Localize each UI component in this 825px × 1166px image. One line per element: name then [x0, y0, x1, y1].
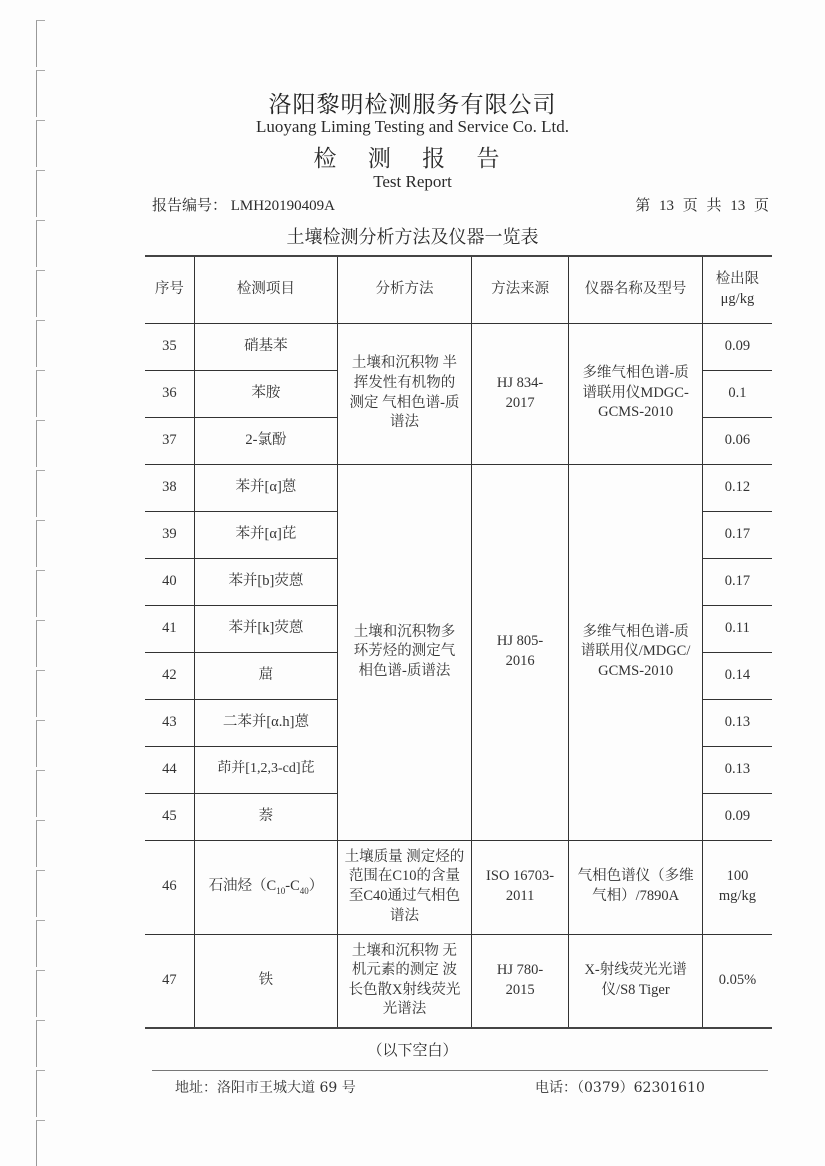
footer-address: 地址：洛阳市王城大道 69 号	[175, 1077, 356, 1097]
table-row: 35 硝基苯 土壤和沉积物 半挥发性有机物的测定 气相色谱-质谱法 HJ 834…	[145, 323, 772, 370]
item-text: 石油烃（C	[209, 878, 277, 894]
cell-item: 苯并[k]荧蒽	[194, 605, 337, 652]
binding-mark	[36, 970, 45, 1017]
cell-item: 苯胺	[194, 370, 337, 417]
cell-no: 39	[145, 511, 194, 558]
binding-mark	[36, 720, 45, 767]
footer-phone: 电话：（0379）62301610	[535, 1077, 705, 1097]
binding-mark	[36, 570, 45, 617]
cell-limit: 0.06	[702, 417, 772, 464]
cell-no: 36	[145, 370, 194, 417]
cell-instrument: 多维气相色谱-质谱联用仪/MDGC/GCMS-2010	[569, 464, 703, 840]
binding-mark	[36, 320, 45, 367]
cell-item: 2-氯酚	[194, 417, 337, 464]
binding-mark	[36, 770, 45, 817]
cell-instrument: X-射线荧光光谱仪/S8 Tiger	[569, 934, 703, 1028]
cell-item: 萘	[194, 793, 337, 840]
footer-divider	[152, 1070, 768, 1071]
binding-mark	[36, 670, 45, 717]
table-row: 47 铁 土壤和沉积物 无机元素的测定 波长色散X射线荧光光谱法 HJ 780-…	[145, 934, 772, 1028]
cell-item: 茚并[1,2,3-cd]芘	[194, 746, 337, 793]
cell-source: HJ 834-2017	[471, 323, 569, 464]
binding-mark	[36, 820, 45, 867]
cell-instrument: 气相色谱仪（多维气相）/7890A	[569, 840, 703, 934]
cell-source: HJ 805-2016	[471, 464, 569, 840]
binding-mark	[36, 1070, 45, 1117]
cell-method: 土壤和沉积物多环芳烃的测定气相色谱-质谱法	[338, 464, 472, 840]
cell-no: 46	[145, 840, 194, 934]
col-header-item: 检测项目	[194, 256, 337, 323]
col-header-limit-label: 检出限	[716, 271, 760, 287]
table-row: 38 苯并[α]蒽 土壤和沉积物多环芳烃的测定气相色谱-质谱法 HJ 805-2…	[145, 464, 772, 511]
col-header-limit: 检出限 μg/kg	[702, 256, 772, 323]
cell-no: 38	[145, 464, 194, 511]
binding-mark	[36, 520, 45, 567]
cell-item: 䓛	[194, 652, 337, 699]
cell-method: 土壤质量 测定烃的范围在C10的含量至C40通过气相色谱法	[338, 840, 472, 934]
binding-mark	[36, 420, 45, 467]
binding-mark	[36, 620, 45, 667]
cell-method: 土壤和沉积物 无机元素的测定 波长色散X射线荧光光谱法	[338, 934, 472, 1028]
item-text: -C	[285, 878, 300, 894]
cell-no: 37	[145, 417, 194, 464]
cell-limit: 0.13	[702, 746, 772, 793]
table-title: 土壤检测分析方法及仪器一览表	[0, 223, 825, 249]
cell-limit: 0.11	[702, 605, 772, 652]
cell-no: 40	[145, 558, 194, 605]
col-header-no: 序号	[145, 256, 194, 323]
report-title-en: Test Report	[0, 172, 825, 192]
cell-no: 47	[145, 934, 194, 1028]
item-subscript: 10	[276, 886, 285, 896]
cell-no: 44	[145, 746, 194, 793]
cell-source: ISO 16703-2011	[471, 840, 569, 934]
cell-limit: 0.1	[702, 370, 772, 417]
item-text: ）	[309, 878, 324, 894]
binding-mark	[36, 870, 45, 917]
cell-item: 石油烃（C10-C40）	[194, 840, 337, 934]
cell-method: 土壤和沉积物 半挥发性有机物的测定 气相色谱-质谱法	[338, 323, 472, 464]
page-info: 第 13 页 共 13 页	[635, 194, 769, 215]
col-header-method: 分析方法	[338, 256, 472, 323]
cell-item: 铁	[194, 934, 337, 1028]
cell-no: 45	[145, 793, 194, 840]
report-number-value: LMH20190409A	[231, 198, 335, 214]
cell-no: 35	[145, 323, 194, 370]
cell-no: 43	[145, 699, 194, 746]
item-subscript: 40	[300, 886, 309, 896]
cell-limit: 0.13	[702, 699, 772, 746]
company-name-cn: 洛阳黎明检测服务有限公司	[0, 86, 825, 119]
cell-item: 硝基苯	[194, 323, 337, 370]
cell-limit: 100 mg/kg	[702, 840, 772, 934]
cell-no: 41	[145, 605, 194, 652]
cell-limit: 0.17	[702, 511, 772, 558]
cell-no: 42	[145, 652, 194, 699]
report-title-cn: 检 测 报 告	[0, 140, 825, 173]
binding-mark	[36, 370, 45, 417]
cell-limit: 0.09	[702, 793, 772, 840]
report-number-label: 报告编号：	[152, 198, 227, 214]
report-number: 报告编号： LMH20190409A	[152, 194, 335, 215]
binding-mark	[36, 920, 45, 967]
cell-limit: 0.12	[702, 464, 772, 511]
company-name-en: Luoyang Liming Testing and Service Co. L…	[0, 117, 825, 137]
col-header-source: 方法来源	[471, 256, 569, 323]
table-header-row: 序号 检测项目 分析方法 方法来源 仪器名称及型号 检出限 μg/kg	[145, 256, 772, 323]
col-header-limit-unit: μg/kg	[721, 291, 755, 307]
cell-item: 苯并[α]蒽	[194, 464, 337, 511]
methods-table: 序号 检测项目 分析方法 方法来源 仪器名称及型号 检出限 μg/kg 35 硝…	[145, 255, 772, 1029]
binding-mark	[36, 470, 45, 517]
cell-limit: 0.05%	[702, 934, 772, 1028]
cell-limit: 0.17	[702, 558, 772, 605]
col-header-instrument: 仪器名称及型号	[569, 256, 703, 323]
cell-item: 苯并[b]荧蒽	[194, 558, 337, 605]
cell-instrument: 多维气相色谱-质谱联用仪MDGC-GCMS-2010	[569, 323, 703, 464]
cell-item: 二苯并[α.h]蒽	[194, 699, 337, 746]
table-row: 46 石油烃（C10-C40） 土壤质量 测定烃的范围在C10的含量至C40通过…	[145, 840, 772, 934]
binding-mark	[36, 1120, 45, 1166]
binding-mark	[36, 20, 45, 67]
cell-limit: 0.14	[702, 652, 772, 699]
blank-below-note: （以下空白）	[0, 1039, 825, 1060]
cell-source: HJ 780-2015	[471, 934, 569, 1028]
cell-item: 苯并[α]芘	[194, 511, 337, 558]
cell-limit: 0.09	[702, 323, 772, 370]
binding-mark	[36, 270, 45, 317]
